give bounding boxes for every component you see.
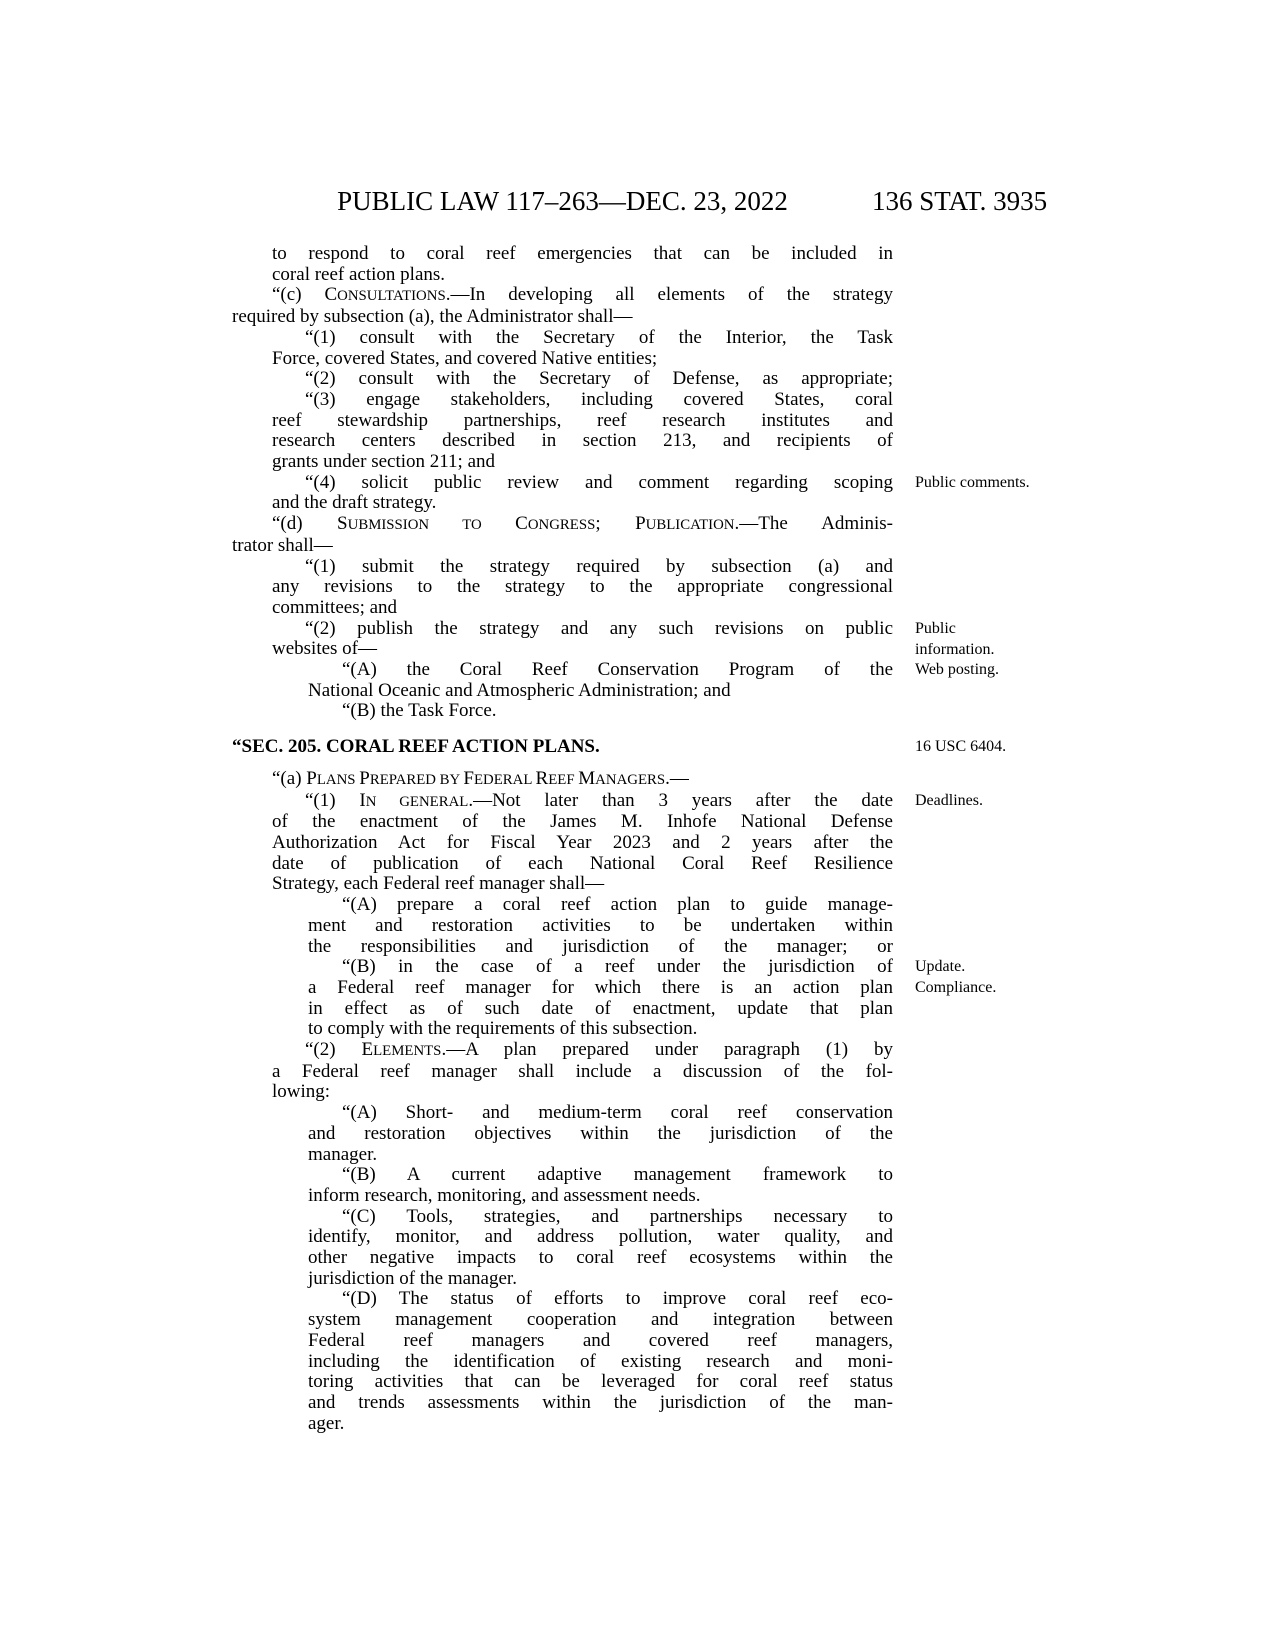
statute-line: identify, monitor, and address pollution… (232, 1227, 893, 1248)
text-run: .—Not later than 3 years after the date (468, 790, 893, 811)
text-run: “(a) P (272, 768, 317, 789)
text-run: ager. (308, 1413, 344, 1434)
text-run: “(B) the Task Force. (342, 700, 497, 721)
text-run: Strategy, each Federal reef manager shal… (272, 873, 604, 894)
text-run: inform research, monitoring, and assessm… (308, 1185, 701, 1206)
statute-line: Authorization Act for Fiscal Year 2023 a… (232, 833, 893, 854)
statute-line: ager. (232, 1414, 893, 1435)
margin-note: Public comments. (915, 473, 1060, 494)
statute-line: “(3) engage stakeholders, including cove… (232, 390, 893, 411)
margin-note-line: Update. (915, 957, 1060, 978)
text-run: .—The Adminis- (735, 513, 893, 534)
statute-line: of the enactment of the James M. Inhofe … (232, 812, 893, 833)
statute-line: a Federal reef manager shall include a d… (232, 1062, 893, 1083)
text-run: to respond to coral reef emergencies tha… (272, 243, 893, 264)
margin-note-line: Public comments. (915, 473, 1060, 494)
statute-line: “(B) in the case of a reef under the jur… (232, 957, 893, 978)
statute-line: “(B) the Task Force. (232, 701, 893, 722)
text-run: websites of— (272, 638, 377, 659)
text-run: identify, monitor, and address pollution… (308, 1226, 893, 1247)
small-caps-text: REPARED BY (370, 772, 464, 788)
margin-note: 16 USC 6404. (915, 737, 1060, 758)
text-run: “(A) Short- and medium-term coral reef c… (342, 1102, 893, 1123)
small-caps-text: LEMENTS (373, 1043, 441, 1059)
statute-line: other negative impacts to coral reef eco… (232, 1248, 893, 1269)
statute-line: Force, covered States, and covered Nativ… (232, 349, 893, 370)
small-caps-text: UBLICATION (646, 517, 735, 533)
margin-note-line: information. (915, 640, 1060, 661)
text-run: Force, covered States, and covered Nativ… (272, 348, 657, 369)
text-run: system management cooperation and integr… (308, 1309, 893, 1330)
text-run: coral reef action plans. (272, 264, 445, 285)
text-run: “(C) Tools, strategies, and partnerships… (342, 1206, 893, 1227)
text-run: reef stewardship partnerships, reef rese… (272, 410, 893, 431)
text-run: “(1) I (305, 790, 366, 811)
small-caps-text: UBMISSION TO (348, 517, 516, 533)
statute-page: PUBLIC LAW 117–263—DEC. 23, 2022 136 STA… (0, 0, 1275, 1650)
text-run: grants under section 211; and (272, 451, 495, 472)
text-run: and trends assessments within the jurisd… (308, 1392, 893, 1413)
statute-line: “(B) A current adaptive management frame… (232, 1165, 893, 1186)
small-caps-text: ONGRESS (528, 517, 596, 533)
text-run: “(B) A current adaptive management frame… (342, 1164, 893, 1185)
text-run: ; P (595, 513, 645, 534)
statute-line: reef stewardship partnerships, reef rese… (232, 411, 893, 432)
text-run: “(4) solicit public review and comment r… (305, 472, 893, 493)
text-run: R (536, 768, 549, 789)
statute-line: websites of— (232, 639, 893, 660)
statute-line: “(2) consult with the Secretary of Defen… (232, 369, 893, 390)
statute-line: system management cooperation and integr… (232, 1310, 893, 1331)
statute-line: and the draft strategy. (232, 493, 893, 514)
margin-note-line: Deadlines. (915, 791, 1060, 812)
text-run: “SEC. 205. CORAL REEF ACTION PLANS. (232, 736, 600, 757)
text-run: manager. (308, 1144, 377, 1165)
running-header-stat-page: 136 STAT. 3935 (872, 186, 1047, 216)
text-run: “(1) submit the strategy required by sub… (305, 556, 893, 577)
section-heading: “SEC. 205. CORAL REEF ACTION PLANS. (232, 737, 893, 758)
text-run: Federal reef managers and covered reef m… (308, 1330, 893, 1351)
statute-line: “(4) solicit public review and comment r… (232, 473, 893, 494)
text-run: and restoration objectives within the ju… (308, 1123, 893, 1144)
statute-line: “(c) CONSULTATIONS.—In developing all el… (232, 285, 893, 307)
statute-line: required by subsection (a), the Administ… (232, 307, 893, 328)
statute-line: “(A) Short- and medium-term coral reef c… (232, 1103, 893, 1124)
text-run: including the identification of existing… (308, 1351, 893, 1372)
statute-line: a Federal reef manager for which there i… (232, 978, 893, 999)
text-run: jurisdiction of the manager. (308, 1268, 517, 1289)
statute-line: “(a) PLANS PREPARED BY FEDERAL REEF MANA… (232, 769, 893, 791)
statute-line: date of publication of each National Cor… (232, 854, 893, 875)
margin-note-line: Public (915, 619, 1060, 640)
text-run: P (359, 768, 370, 789)
statute-line: any revisions to the strategy to the app… (232, 577, 893, 598)
text-run: “(2) consult with the Secretary of Defen… (305, 368, 893, 389)
margin-note: Deadlines. (915, 791, 1060, 812)
statute-line: “(D) The status of efforts to improve co… (232, 1289, 893, 1310)
text-run: “(D) The status of efforts to improve co… (342, 1288, 893, 1309)
text-run: .— (665, 768, 689, 789)
small-caps-text: N GENERAL (366, 794, 469, 810)
margin-note-line: 16 USC 6404. (915, 737, 1060, 758)
statute-line: grants under section 211; and (232, 452, 893, 473)
text-run: Authorization Act for Fiscal Year 2023 a… (272, 832, 893, 853)
statute-line: National Oceanic and Atmospheric Adminis… (232, 681, 893, 702)
statute-line: “(C) Tools, strategies, and partnerships… (232, 1207, 893, 1228)
text-run: the responsibilities and jurisdiction of… (308, 936, 893, 957)
text-run: trator shall— (232, 535, 333, 556)
text-run: committees; and (272, 597, 397, 618)
text-run: a Federal reef manager for which there i… (308, 977, 893, 998)
statute-body: to respond to coral reef emergencies tha… (232, 244, 893, 1434)
statute-line: the responsibilities and jurisdiction of… (232, 937, 893, 958)
small-caps-text: EDERAL (474, 772, 536, 788)
small-caps-text: LANS (317, 772, 359, 788)
text-run: any revisions to the strategy to the app… (272, 576, 893, 597)
margin-note: Update.Compliance. (915, 957, 1060, 998)
text-run: .—In developing all elements of the stra… (446, 284, 893, 305)
text-run: “(c) C (272, 284, 337, 305)
text-run: “(B) in the case of a reef under the jur… (342, 956, 893, 977)
running-header-law-title: PUBLIC LAW 117–263—DEC. 23, 2022 (232, 186, 893, 216)
text-run: lowing: (272, 1081, 330, 1102)
statute-line: “(2) publish the strategy and any such r… (232, 619, 893, 640)
text-run: ment and restoration activities to be un… (308, 915, 893, 936)
statute-line: to comply with the requirements of this … (232, 1019, 893, 1040)
statute-line: including the identification of existing… (232, 1352, 893, 1373)
margin-note: Publicinformation.Web posting. (915, 619, 1060, 681)
text-run: National Oceanic and Atmospheric Adminis… (308, 680, 731, 701)
statute-line: in effect as of such date of enactment, … (232, 999, 893, 1020)
text-run: to comply with the requirements of this … (308, 1018, 697, 1039)
statute-line: and restoration objectives within the ju… (232, 1124, 893, 1145)
text-run: “(A) the Coral Reef Conservation Program… (342, 659, 893, 680)
small-caps-text: ONSULTATIONS (337, 288, 446, 304)
statute-line: “(A) the Coral Reef Conservation Program… (232, 660, 893, 681)
text-run: and the draft strategy. (272, 492, 436, 513)
statute-line: “(1) consult with the Secretary of the I… (232, 328, 893, 349)
statute-line: toring activities that can be leveraged … (232, 1372, 893, 1393)
statute-line: “(A) prepare a coral reef action plan to… (232, 895, 893, 916)
text-run: other negative impacts to coral reef eco… (308, 1247, 893, 1268)
text-run: F (463, 768, 474, 789)
text-run: required by subsection (a), the Administ… (232, 306, 633, 327)
text-run: date of publication of each National Cor… (272, 853, 893, 874)
margin-note-line: Web posting. (915, 660, 1060, 681)
statute-line: “(d) SUBMISSION TO CONGRESS; PUBLICATION… (232, 514, 893, 536)
statute-line: jurisdiction of the manager. (232, 1269, 893, 1290)
text-run: “(2) E (305, 1039, 373, 1060)
text-run: in effect as of such date of enactment, … (308, 998, 893, 1019)
statute-line: lowing: (232, 1082, 893, 1103)
statute-line: “(1) submit the strategy required by sub… (232, 557, 893, 578)
text-run: .—A plan prepared under paragraph (1) by (441, 1039, 893, 1060)
statute-line: manager. (232, 1145, 893, 1166)
margin-note-line: Compliance. (915, 978, 1060, 999)
statute-line: research centers described in section 21… (232, 431, 893, 452)
statute-line: to respond to coral reef emergencies tha… (232, 244, 893, 265)
statute-line: coral reef action plans. (232, 265, 893, 286)
text-run: research centers described in section 21… (272, 430, 893, 451)
small-caps-text: EEF (548, 772, 578, 788)
text-run: “(1) consult with the Secretary of the I… (305, 327, 893, 348)
text-run: a Federal reef manager shall include a d… (272, 1061, 893, 1082)
text-run: “(A) prepare a coral reef action plan to… (342, 894, 893, 915)
text-run: “(d) S (272, 513, 348, 534)
statute-line: committees; and (232, 598, 893, 619)
statute-line: Strategy, each Federal reef manager shal… (232, 874, 893, 895)
statute-line: “(2) ELEMENTS.—A plan prepared under par… (232, 1040, 893, 1062)
text-run: of the enactment of the James M. Inhofe … (272, 811, 893, 832)
small-caps-text: ANAGERS (595, 772, 665, 788)
statute-line: inform research, monitoring, and assessm… (232, 1186, 893, 1207)
text-run: toring activities that can be leveraged … (308, 1371, 893, 1392)
statute-line: “(1) IN GENERAL.—Not later than 3 years … (232, 791, 893, 813)
text-run: “(3) engage stakeholders, including cove… (305, 389, 893, 410)
text-run: M (578, 768, 595, 789)
statute-line: trator shall— (232, 536, 893, 557)
text-run: C (515, 513, 528, 534)
statute-line: and trends assessments within the jurisd… (232, 1393, 893, 1414)
statute-line: Federal reef managers and covered reef m… (232, 1331, 893, 1352)
statute-line: ment and restoration activities to be un… (232, 916, 893, 937)
text-run: “(2) publish the strategy and any such r… (305, 618, 893, 639)
